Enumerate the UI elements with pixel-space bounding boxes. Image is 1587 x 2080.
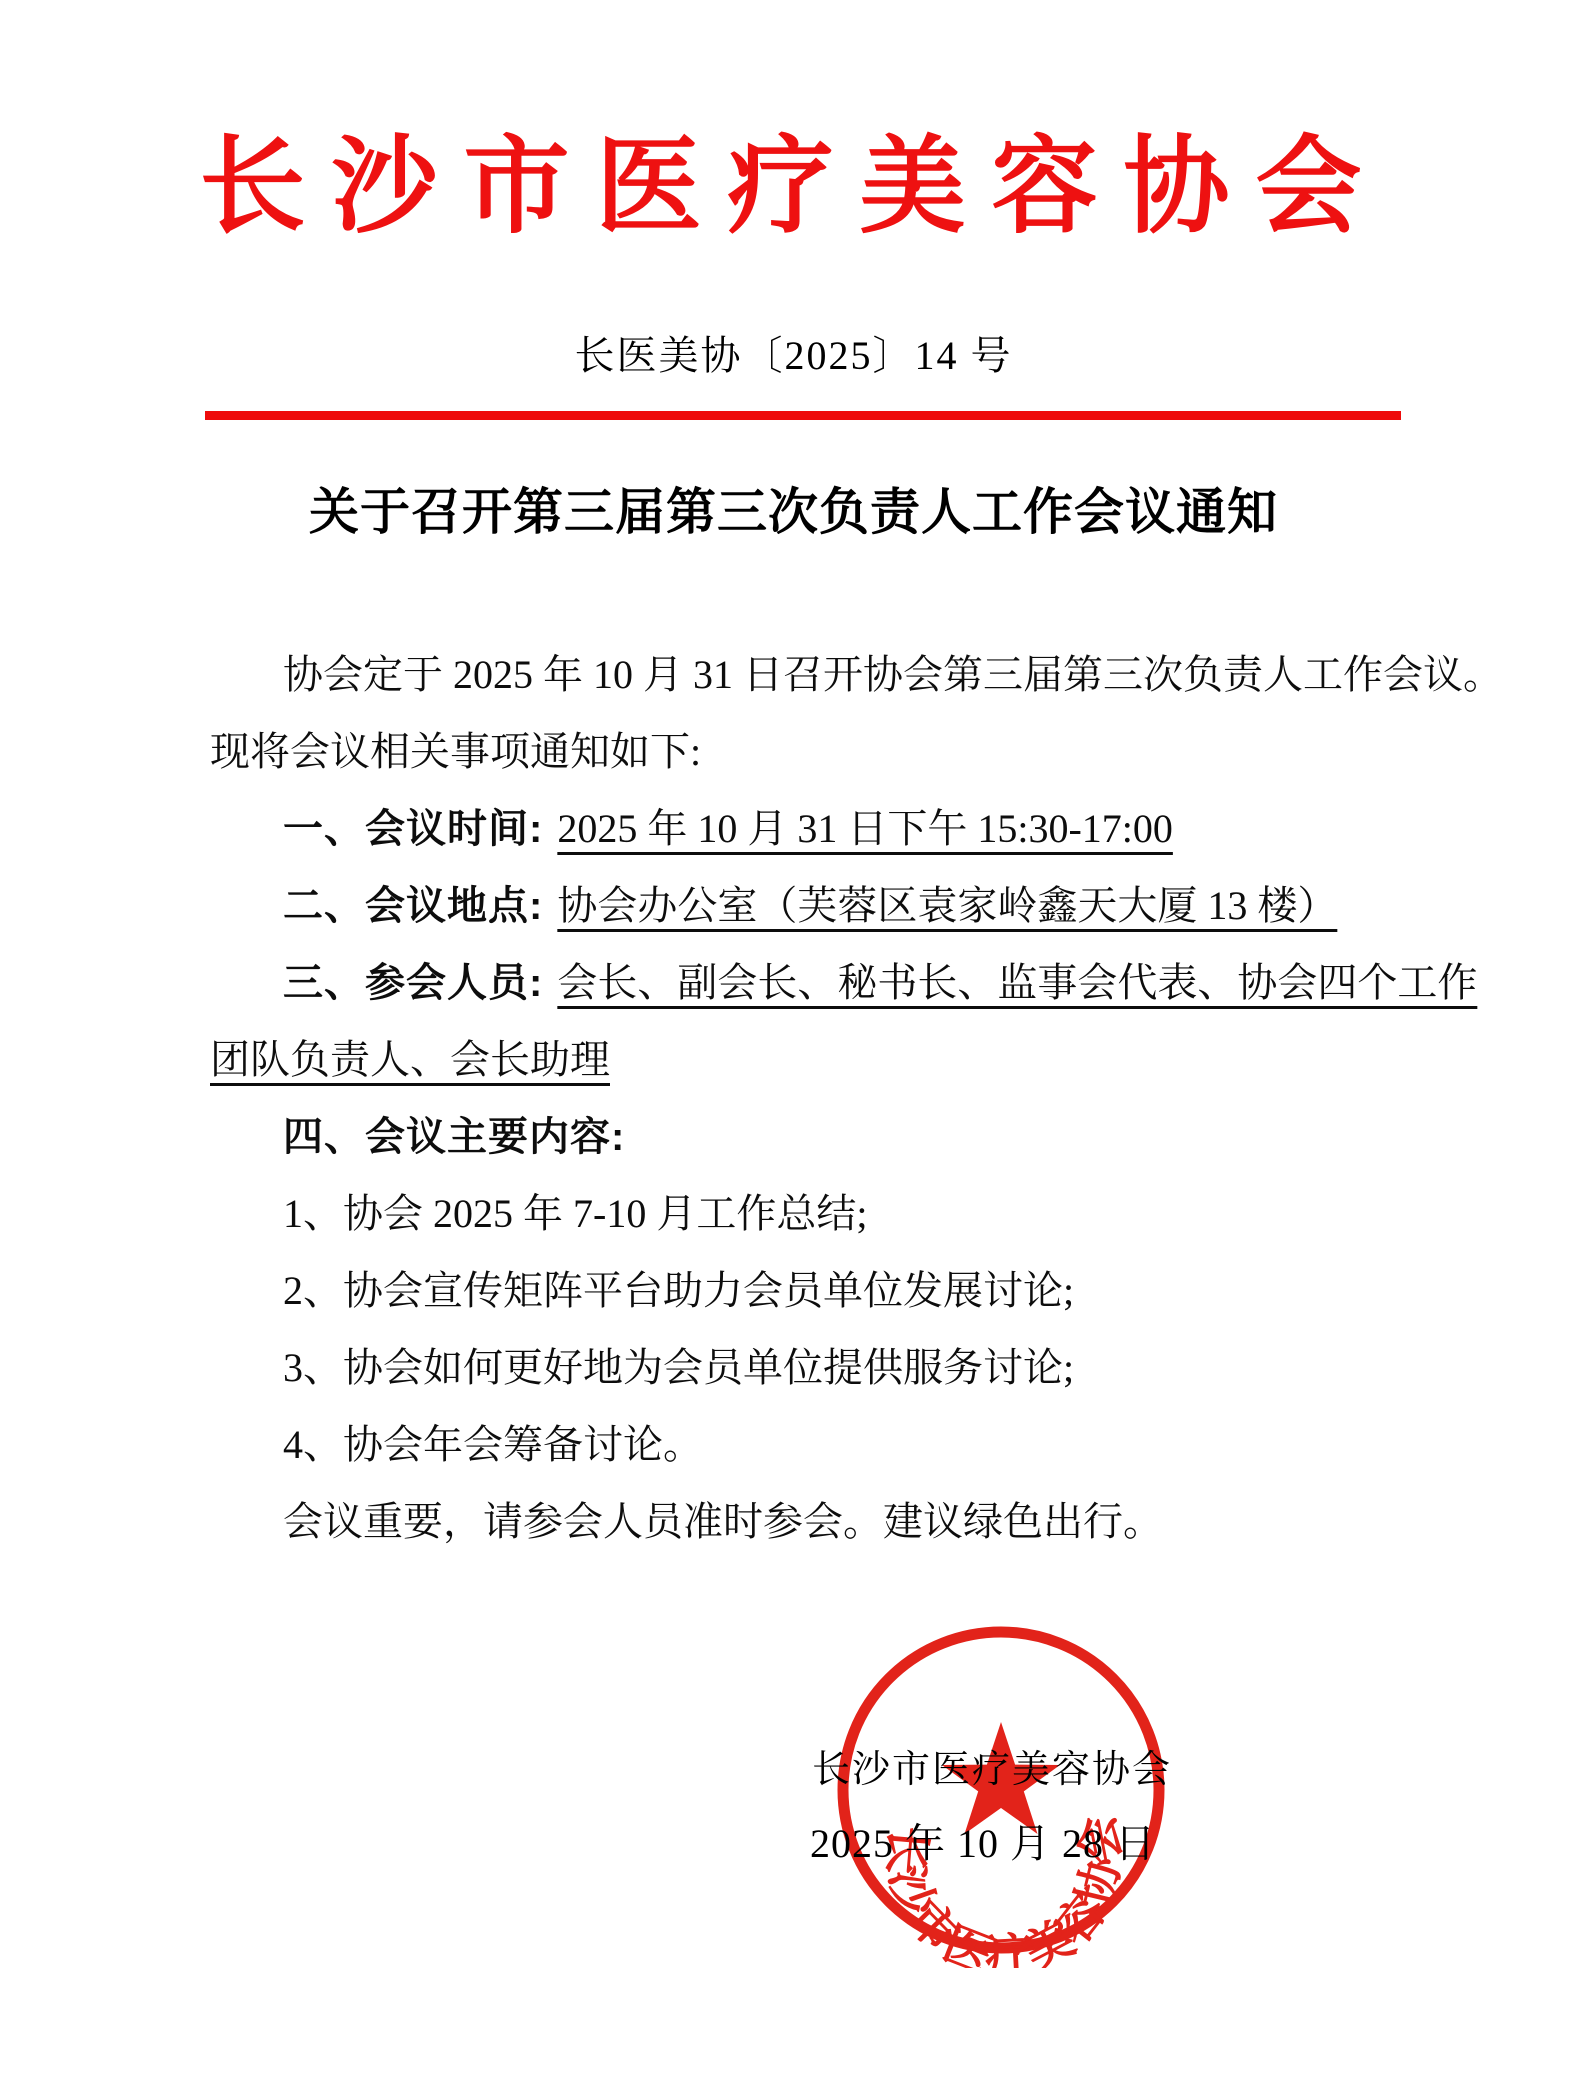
attendees-label: 三、参会人员: (283, 961, 543, 1005)
red-divider-rule (205, 411, 1401, 420)
attendees-value-continued: 团队负责人、会长助理 (210, 1037, 610, 1082)
meeting-place-label: 二、会议地点: (283, 884, 543, 928)
signature-date: 2025 年 10 月 28 日 (810, 1812, 1156, 1869)
notice-title: 关于召开第三届第三次负责人工作会议通知 (0, 472, 1587, 544)
notice-body: 协会定于 2025 年 10 月 31 日召开协会第三届第三次负责人工作会议。 … (210, 636, 1406, 1560)
official-seal: 长沙市医疗美容协会 (828, 1622, 1174, 1968)
attendees-line-2: 团队负责人、会长助理 (210, 1021, 1406, 1098)
agenda-header-line: 四、会议主要内容: (210, 1098, 1406, 1175)
agenda-item-2: 2、协会宣传矩阵平台助力会员单位发展讨论; (210, 1252, 1406, 1329)
signature-org: 长沙市医疗美容协会 (812, 1738, 1172, 1793)
agenda-header-label: 四、会议主要内容: (283, 1115, 625, 1159)
paragraph-line: 协会定于 2025 年 10 月 31 日召开协会第三届第三次负责人工作会议。 (210, 636, 1406, 713)
closing-line: 会议重要，请参会人员准时参会。建议绿色出行。 (210, 1483, 1406, 1560)
meeting-time-label: 一、会议时间: (283, 807, 543, 851)
paragraph-line: 现将会议相关事项通知如下: (210, 713, 1406, 790)
attendees-line-1: 三、参会人员:会长、副会长、秘书长、监事会代表、协会四个工作 (210, 944, 1406, 1021)
org-title: 长沙市医疗美容协会 (0, 130, 1587, 247)
doc-number: 长医美协〔2025〕14 号 (0, 324, 1587, 381)
attendees-value: 会长、副会长、秘书长、监事会代表、协会四个工作 (557, 960, 1477, 1005)
agenda-item-1: 1、协会 2025 年 7-10 月工作总结; (210, 1175, 1406, 1252)
notice-document: 长沙市医疗美容协会 长医美协〔2025〕14 号 关于召开第三届第三次负责人工作… (0, 0, 1587, 2080)
meeting-time-value: 2025 年 10 月 31 日下午 15:30-17:00 (557, 806, 1173, 851)
agenda-item-4: 4、协会年会筹备讨论。 (210, 1406, 1406, 1483)
agenda-item-3: 3、协会如何更好地为会员单位提供服务讨论; (210, 1329, 1406, 1406)
meeting-time-line: 一、会议时间:2025 年 10 月 31 日下午 15:30-17:00 (210, 790, 1406, 867)
meeting-place-value: 协会办公室（芙蓉区袁家岭鑫天大厦 13 楼） (557, 883, 1337, 928)
meeting-place-line: 二、会议地点:协会办公室（芙蓉区袁家岭鑫天大厦 13 楼） (210, 867, 1406, 944)
